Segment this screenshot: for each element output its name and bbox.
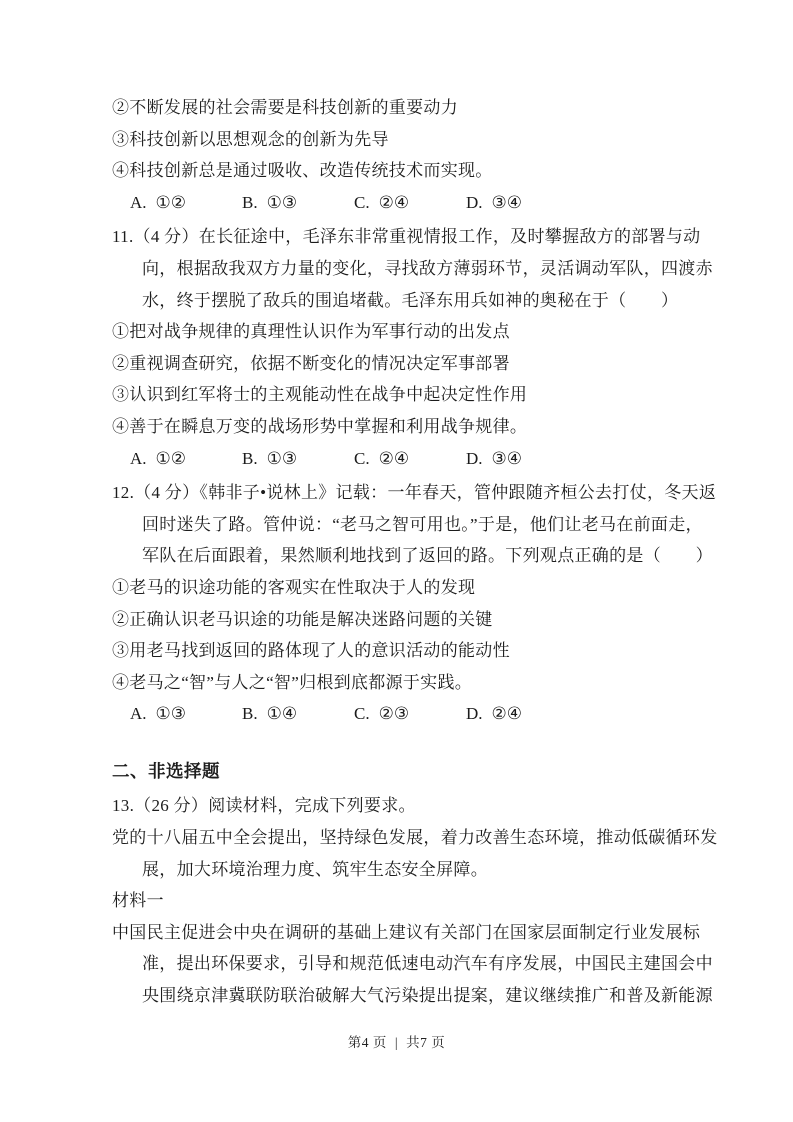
q10-option-c: C.②④: [354, 187, 466, 219]
q11-option-a: A.①②: [130, 443, 242, 475]
q11-option-b-label: B.: [242, 449, 258, 468]
q13-intro-line: 13.（26 分）阅读材料，完成下列要求。: [112, 790, 712, 822]
q12-option-a-label: A.: [130, 704, 147, 723]
page-number: 第4 页: [348, 1035, 387, 1050]
footer-separator: |: [395, 1035, 398, 1050]
q11-stem-line-2: 向，根据敌我双方力量的变化，寻找敌方薄弱环节，灵活调动军队，四渡赤: [112, 253, 712, 285]
q12-option-c-value: ②③: [379, 704, 409, 723]
q11-option-c-label: C.: [354, 449, 370, 468]
q10-options-row: A.①② B.①③ C.②④ D.③④: [112, 187, 712, 219]
q11-option-c-value: ②④: [379, 449, 409, 468]
q12-options-row: A.①③ B.①④ C.②③ D.②④: [112, 698, 712, 730]
q13-material1-line-1: 中国民主促进会中央在调研的基础上建议有关部门在国家层面制定行业发展标: [112, 917, 712, 949]
q10-statement-4: ④科技创新总是通过吸收、改造传统技术而实现。: [112, 155, 712, 187]
q11-option-a-label: A.: [130, 449, 147, 468]
q11-option-a-value: ①②: [156, 449, 186, 468]
q12-option-c: C.②③: [354, 698, 466, 730]
q12-option-d-label: D.: [466, 704, 483, 723]
q12-statement-2: ②正确认识老马识途的功能是解决迷路问题的关键: [112, 604, 712, 636]
document-page: ②不断发展的社会需要是科技创新的重要动力 ③科技创新以思想观念的创新为先导 ④科…: [0, 0, 793, 1122]
q12-option-a: A.①③: [130, 698, 242, 730]
q12-stem-line-1: 12.（4 分）《韩非子•说林上》记载：一年春天，管仲跟随齐桓公去打仗，冬天返: [112, 477, 712, 509]
page-content: ②不断发展的社会需要是科技创新的重要动力 ③科技创新以思想观念的创新为先导 ④科…: [112, 92, 712, 1012]
q12-statement-4: ④老马之“智”与人之“智”归根到底都源于实践。: [112, 667, 712, 699]
q10-option-b-label: B.: [242, 193, 258, 212]
q12-option-b-value: ①④: [267, 704, 297, 723]
q11-option-c: C.②④: [354, 443, 466, 475]
q13-material1-line-2: 准，提出环保要求，引导和规范低速电动汽车有序发展，中国民主建国会中: [112, 948, 712, 980]
q11-statement-4: ④善于在瞬息万变的战场形势中掌握和利用战争规律。: [112, 411, 712, 443]
q11-statement-1: ①把对战争规律的真理性认识作为军事行动的出发点: [112, 316, 712, 348]
q11-option-b-value: ①③: [267, 449, 297, 468]
q10-statement-2: ②不断发展的社会需要是科技创新的重要动力: [112, 92, 712, 124]
page-footer: 第4 页|共7 页: [0, 1031, 793, 1051]
q11-stem-line-3: 水，终于摆脱了敌兵的围追堵截。毛泽东用兵如神的奥秘在于（ ）: [112, 285, 712, 317]
q10-option-d-label: D.: [466, 193, 483, 212]
q11-statement-2: ②重视调查研究，依据不断变化的情况决定军事部署: [112, 348, 712, 380]
q10-option-c-label: C.: [354, 193, 370, 212]
q13-material1-label: 材料一: [112, 885, 712, 917]
q10-option-d-value: ③④: [492, 193, 522, 212]
q10-option-b: B.①③: [242, 187, 354, 219]
q10-option-d: D.③④: [466, 187, 522, 219]
q10-option-c-value: ②④: [379, 193, 409, 212]
q13-lead-line-1: 党的十八届五中全会提出，坚持绿色发展，着力改善生态环境，推动低碳循环发: [112, 822, 712, 854]
q12-stem-line-2: 回时迷失了路。管仲说：“老马之智可用也。”于是，他们让老马在前面走，: [112, 509, 712, 541]
q10-option-b-value: ①③: [267, 193, 297, 212]
q12-option-a-value: ①③: [156, 704, 186, 723]
q11-option-d: D.③④: [466, 443, 522, 475]
q11-option-d-label: D.: [466, 449, 483, 468]
q12-option-d: D.②④: [466, 698, 522, 730]
q10-option-a: A.①②: [130, 187, 242, 219]
q13-lead-line-2: 展，加大环境治理力度、筑牢生态安全屏障。: [112, 854, 712, 886]
q12-option-b: B.①④: [242, 698, 354, 730]
q12-option-d-value: ②④: [492, 704, 522, 723]
total-pages: 共7 页: [406, 1035, 445, 1050]
q10-statement-3: ③科技创新以思想观念的创新为先导: [112, 124, 712, 156]
q11-stem-line-1: 11.（4 分）在长征途中，毛泽东非常重视情报工作，及时攀握敌方的部署与动: [112, 221, 712, 253]
q12-statement-3: ③用老马找到返回的路体现了人的意识活动的能动性: [112, 635, 712, 667]
q13-material1-line-3: 央围绕京津冀联防联治破解大气污染提出提案，建议继续推广和普及新能源: [112, 980, 712, 1012]
q11-options-row: A.①② B.①③ C.②④ D.③④: [112, 443, 712, 475]
q10-option-a-label: A.: [130, 193, 147, 212]
q12-option-b-label: B.: [242, 704, 258, 723]
q11-statement-3: ③认识到红军将士的主观能动性在战争中起决定性作用: [112, 379, 712, 411]
q12-stem-line-3: 军队在后面跟着，果然顺利地找到了返回的路。下列观点正确的是（ ）: [112, 540, 712, 572]
q11-option-b: B.①③: [242, 443, 354, 475]
q12-statement-1: ①老马的识途功能的客观实在性取决于人的发现: [112, 572, 712, 604]
q12-option-c-label: C.: [354, 704, 370, 723]
q11-option-d-value: ③④: [492, 449, 522, 468]
section-2-heading: 二、非选择题: [112, 756, 712, 788]
q10-option-a-value: ①②: [156, 193, 186, 212]
